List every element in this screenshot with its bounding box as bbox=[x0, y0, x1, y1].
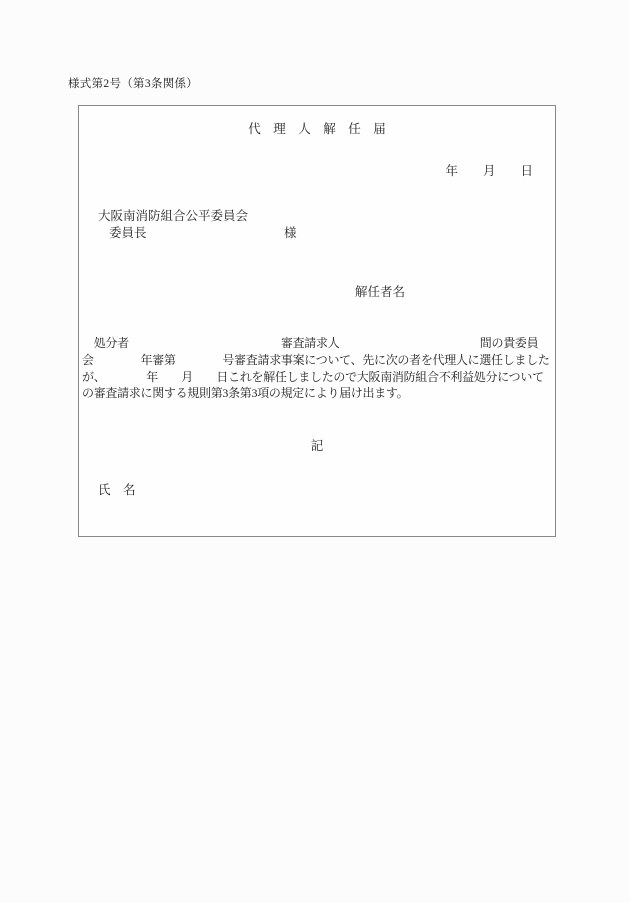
date-fill-in-line: 年 月 日 bbox=[445, 161, 533, 179]
form-title: 代 理 人 解 任 届 bbox=[79, 119, 555, 137]
body-line-3: が、 年 月 日これを解任しましたので大阪南消防組合不利益処分について bbox=[82, 369, 554, 386]
document-page: 様式第2号（第3条関係） 代 理 人 解 任 届 年 月 日 大阪南消防組合公平… bbox=[0, 0, 630, 903]
ki-section-marker: 記 bbox=[79, 436, 555, 454]
form-box: 代 理 人 解 任 届 年 月 日 大阪南消防組合公平委員会 委員長 様 解任者… bbox=[78, 105, 556, 537]
addressee-chairperson-line: 委員長 様 bbox=[109, 223, 297, 241]
body-paragraph: 処分者 審査請求人 間の貴委員 会 年審第 号審査請求事案について、先に次の者を… bbox=[82, 335, 554, 402]
body-line-1: 処分者 審査請求人 間の貴委員 bbox=[82, 335, 554, 352]
name-field-label: 氏 名 bbox=[98, 480, 136, 498]
addressee-organization: 大阪南消防組合公平委員会 bbox=[98, 206, 248, 224]
body-line-2: 会 年審第 号審査請求事案について、先に次の者を代理人に選任しました bbox=[82, 352, 554, 369]
form-number-label: 様式第2号（第3条関係） bbox=[68, 75, 198, 91]
body-line-4: の審査請求に関する規則第3条第3項の規定により届け出ます。 bbox=[82, 385, 554, 402]
dismisser-name-label: 解任者名 bbox=[355, 282, 405, 300]
